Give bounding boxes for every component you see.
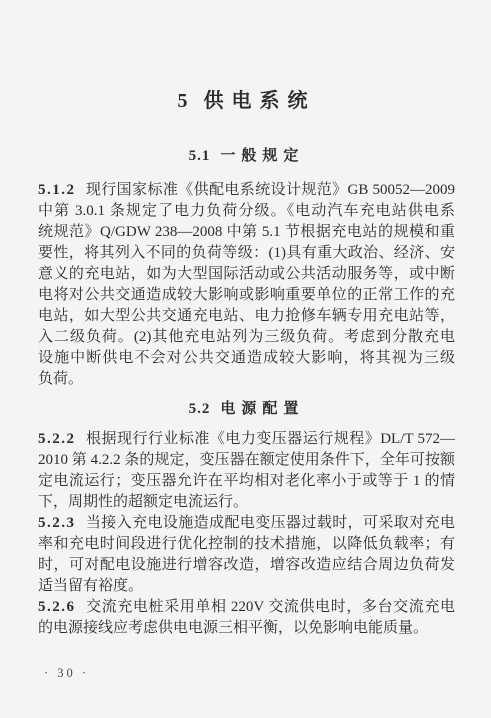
text-line: 的电源接线应考虑供电电源三相平衡，以免影响电能质量。 xyxy=(38,618,455,639)
text-line: 统规范》Q/GDW 238—2008 中第 5.1 节根据充电站的规模和重 xyxy=(38,222,455,243)
clause-body: 的电源接线应考虑供电电源三相平衡，以免影响电能质量。 xyxy=(38,618,455,639)
clause-body: 中第 3.0.1 条规定了电力负荷分级。《电动汽车充电站供电系统规范》Q/GDW… xyxy=(38,201,455,390)
clause-number: 5.1.2 xyxy=(38,182,76,198)
chapter-title: 5供电系统 xyxy=(38,88,455,114)
text-line: 2010 第 4.2.2 条的规定，变压器在额定使用条件下，全年可按额 xyxy=(38,450,455,471)
clause-body: 率和充电时间段进行优化控制的技术措施，以降低负载率；有条件时，可对配电设施进行增… xyxy=(38,534,455,597)
text-line: 入二级负荷。(2)其他充电站列为三级负荷。考虑到分散充电 xyxy=(38,327,455,348)
chapter-title-text: 供电系统 xyxy=(204,90,316,112)
chapter-number: 5 xyxy=(178,90,188,112)
section-number: 5.2 xyxy=(189,401,211,417)
text-line: 意义的充电站，如为大型国际活动或公共活动服务等，或中断供 xyxy=(38,264,455,285)
text-line: 定电流运行；变压器允许在平均相对老化率小于或等于 1 的情况 xyxy=(38,471,455,492)
text-line: 要性，将其列入不同的负荷等级：(1)具有重大政治、经济、安全 xyxy=(38,243,455,264)
text-line: 率和充电时间段进行优化控制的技术措施，以降低负载率；有条件 xyxy=(38,534,455,555)
clause-text: 交流充电桩采用单相 220V 交流供电时，多台交流充电桩 xyxy=(38,599,455,618)
clause-number: 5.2.3 xyxy=(38,515,76,531)
section-title-text: 电源配置 xyxy=(220,401,304,417)
text-line: 下，周期性的超额定电流运行。 xyxy=(38,492,455,513)
clause-5-2-2: 5.2.2根据现行行业标准《电力变压器运行规程》DL/T 572— 2010 第… xyxy=(38,429,455,513)
document-page: 5供电系统 5.1一般规定 5.1.2现行国家标准《供配电系统设计规范》GB 5… xyxy=(0,0,491,718)
clause-text: 现行国家标准《供配电系统设计规范》GB 50052—2009 xyxy=(86,182,456,198)
clause-text: 当接入充电设施造成配电变压器过载时，可采取对充电功 xyxy=(38,515,455,534)
clause-5-2-6: 5.2.6交流充电桩采用单相 220V 交流供电时，多台交流充电桩 的电源接线应… xyxy=(38,597,455,639)
section-heading-5-1: 5.1一般规定 xyxy=(38,146,455,167)
text-line: 电站，如大型公共交通充电站、电力抢修车辆专用充电站等，列 xyxy=(38,306,455,327)
clause-first-line: 5.2.6交流充电桩采用单相 220V 交流供电时，多台交流充电桩 xyxy=(38,597,455,618)
clause-first-line: 5.2.2根据现行行业标准《电力变压器运行规程》DL/T 572— xyxy=(38,429,455,450)
clause-5-1-2: 5.1.2现行国家标准《供配电系统设计规范》GB 50052—2009 中第 3… xyxy=(38,180,455,390)
clause-body: 2010 第 4.2.2 条的规定，变压器在额定使用条件下，全年可按额定电流运行… xyxy=(38,450,455,513)
text-line: 负荷。 xyxy=(38,369,455,390)
text-line: 设施中断供电不会对公共交通造成较大影响，将其视为三级 xyxy=(38,348,455,369)
section-title-text: 一般规定 xyxy=(220,148,304,164)
clause-first-line: 5.2.3当接入充电设施造成配电变压器过载时，可采取对充电功 xyxy=(38,513,455,534)
clause-number: 5.2.6 xyxy=(38,599,76,615)
section-number: 5.1 xyxy=(189,148,211,164)
clause-5-2-3: 5.2.3当接入充电设施造成配电变压器过载时，可采取对充电功 率和充电时间段进行… xyxy=(38,513,455,597)
page-content: 5供电系统 5.1一般规定 5.1.2现行国家标准《供配电系统设计规范》GB 5… xyxy=(38,88,455,639)
page-number: · 30 · xyxy=(44,666,89,681)
text-line: 时，可对配电设施进行增容改造，增容改造应结合周边负荷发展， xyxy=(38,555,455,576)
clause-first-line: 5.1.2现行国家标准《供配电系统设计规范》GB 50052—2009 xyxy=(38,180,455,201)
text-line: 电将对公共交通造成较大影响或影响重要单位的正常工作的充 xyxy=(38,285,455,306)
text-line: 适当留有裕度。 xyxy=(38,576,455,597)
text-line: 中第 3.0.1 条规定了电力负荷分级。《电动汽车充电站供电系 xyxy=(38,201,455,222)
clause-text: 根据现行行业标准《电力变压器运行规程》DL/T 572— xyxy=(86,431,456,447)
clause-number: 5.2.2 xyxy=(38,431,76,447)
section-heading-5-2: 5.2电源配置 xyxy=(38,399,455,420)
